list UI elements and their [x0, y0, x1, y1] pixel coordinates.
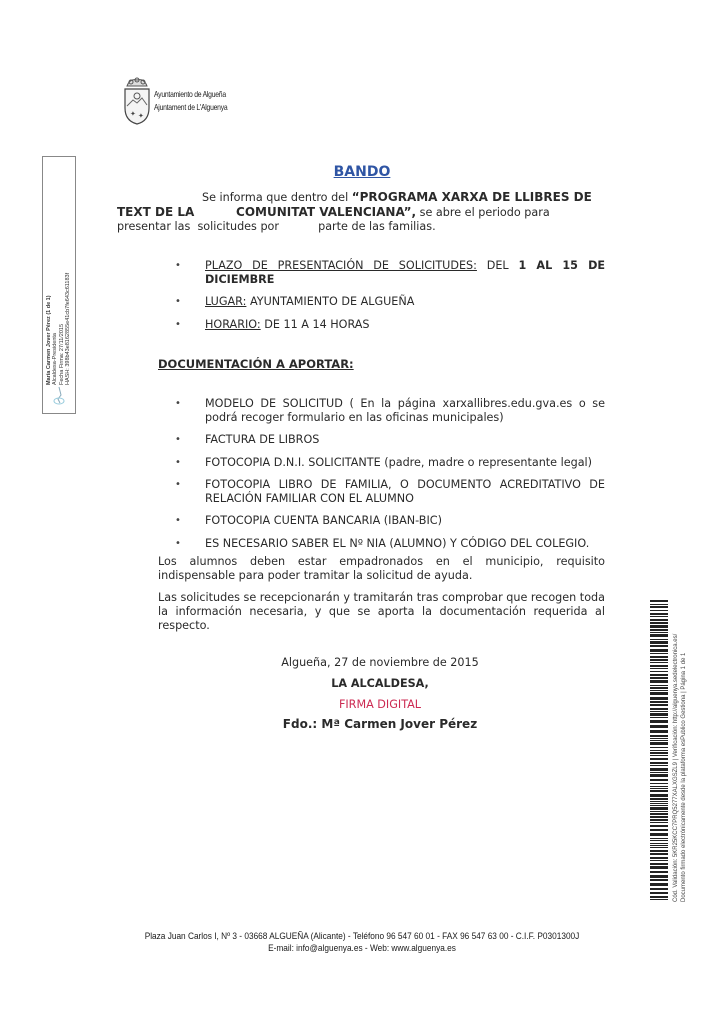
- list-item: FOTOCOPIA CUENTA BANCARIA (IBAN-BIC): [175, 514, 605, 528]
- verification-text: Cód. Validación: 5KR25KCC7PRQ5277XALXGSZ…: [672, 602, 688, 902]
- signer-role-label: LA ALCALDESA,: [180, 677, 580, 690]
- digital-signature-label: FIRMA DIGITAL: [180, 698, 580, 711]
- validation-code: Cód. Validación: 5KR25KCC7PRQ5277XALXGSZ…: [672, 602, 680, 902]
- list-item: PLAZO DE PRESENTACIÓN DE SOLICITUDES: DE…: [175, 259, 605, 286]
- list-item: FOTOCOPIA D.N.I. SOLICITANTE (padre, mad…: [175, 456, 605, 470]
- registration-requirement-paragraph: Los alumnos deben estar empadronados en …: [158, 555, 605, 583]
- coat-of-arms-icon: ✦ ✦: [122, 76, 152, 126]
- list-item: HORARIO: DE 11 A 14 HORAS: [175, 318, 605, 332]
- org-name-spanish: Ayuntamiento de Algueña: [154, 88, 227, 101]
- info-list: PLAZO DE PRESENTACIÓN DE SOLICITUDES: DE…: [175, 259, 605, 340]
- documentation-list: MODELO DE SOLICITUD ( En la página xarxa…: [175, 397, 605, 559]
- footer-email-web: E-mail: info@alguenya.es - Web: www.algu…: [29, 942, 695, 954]
- documentation-heading: DOCUMENTACIÓN A APORTAR:: [158, 357, 354, 371]
- signer-name-label: Fdo.: Mª Carmen Jover Pérez: [180, 717, 580, 731]
- svg-text:✦: ✦: [138, 112, 144, 120]
- document-title: BANDO: [0, 164, 724, 180]
- signature-stamp-icon: [52, 385, 66, 407]
- municipal-logo: ✦ ✦ Ayuntamiento de Algueña Ajuntament d…: [122, 76, 246, 126]
- signed-platform-note: Documento firmado electrónicamente desde…: [680, 602, 688, 902]
- list-item: FACTURA DE LIBROS: [175, 433, 605, 447]
- list-item: FOTOCOPIA LIBRO DE FAMILIA, O DOCUMENTO …: [175, 478, 605, 505]
- list-item: ES NECESARIO SABER EL Nº NIA (ALUMNO) Y …: [175, 537, 605, 551]
- footer-address: Plaza Juan Carlos I, Nº 3 - 03668 ALGUEÑ…: [29, 930, 695, 942]
- list-item: MODELO DE SOLICITUD ( En la página xarxa…: [175, 397, 605, 424]
- intro-paragraph: Se informa que dentro del “PROGRAMA XARX…: [117, 190, 605, 234]
- org-name-valencian: Ajuntament de L'Alguenya: [154, 101, 227, 114]
- list-item: LUGAR: AYUNTAMIENTO DE ALGUEÑA: [175, 295, 605, 309]
- svg-text:✦: ✦: [130, 110, 136, 118]
- signature-hash: HASH: 398b43e8162855e41cb7fe643c61183f: [65, 185, 71, 385]
- footer-contact: Plaza Juan Carlos I, Nº 3 - 03668 ALGUEÑ…: [29, 930, 695, 954]
- place-date: Algueña, 27 de noviembre de 2015: [180, 656, 580, 669]
- digital-signature-box: María Carmen Jover Pérez (1 de 1) Alcald…: [42, 156, 76, 414]
- processing-paragraph: Las solicitudes se recepcionarán y trami…: [158, 591, 605, 633]
- barcode-icon: [650, 600, 668, 900]
